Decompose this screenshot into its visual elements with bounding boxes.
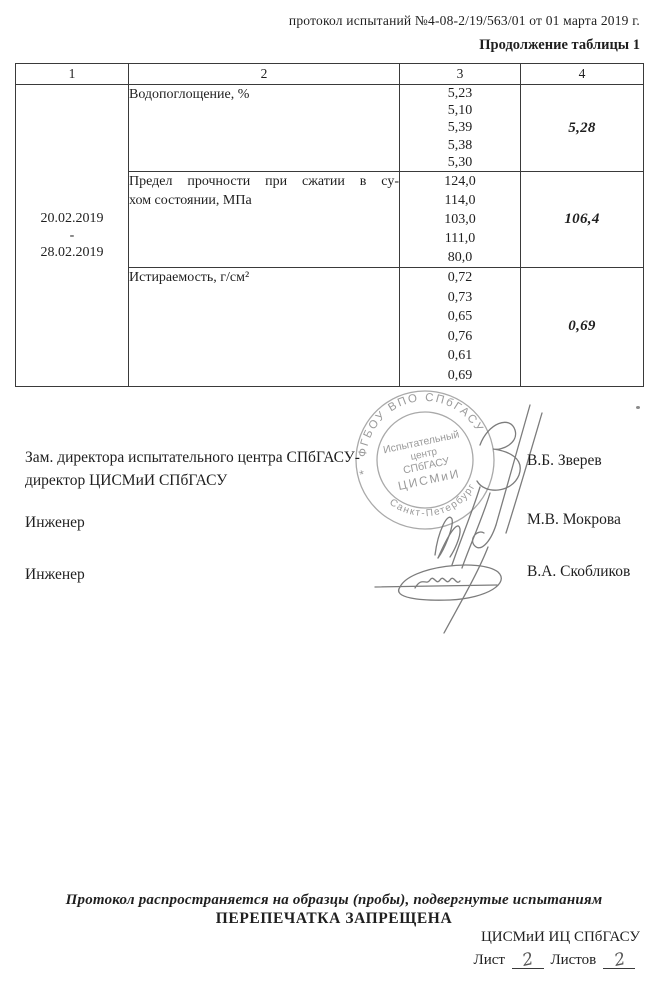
signatures-ink (330, 375, 610, 645)
value: 103,0 (400, 210, 520, 229)
value: 0,65 (400, 307, 520, 327)
value: 5,30 (400, 154, 520, 171)
parameter-label-line2: хом состоянии, МПа (129, 191, 399, 210)
sheets-total-field: 2 (603, 951, 635, 969)
value: 80,0 (400, 248, 520, 267)
parameter-compressive-strength: Предел прочности при сжатии в су- хом со… (129, 172, 400, 268)
parameter-label: Водопоглощение, % (129, 85, 399, 104)
values-abrasion: 0,72 0,73 0,65 0,76 0,61 0,69 (400, 268, 521, 387)
signatory-title-director: Зам. директора испытательного центра СПб… (25, 446, 360, 492)
table-caption: Продолжение таблицы 1 (479, 37, 640, 54)
date-dash: - (16, 227, 128, 244)
results-table: 1 2 3 4 20.02.2019 - 28.02.2019 Водопогл… (15, 63, 644, 387)
signatory-title-engineer-1: Инженер (25, 511, 85, 534)
result-water-absorption: 5,28 (521, 85, 644, 172)
value: 124,0 (400, 172, 520, 191)
footer-sheet-counter: Лист 2 Листов 2 (474, 951, 638, 969)
parameter-water-absorption: Водопоглощение, % (129, 85, 400, 172)
date-from: 20.02.2019 (16, 210, 128, 227)
value: 5,10 (400, 102, 520, 119)
value: 0,76 (400, 327, 520, 347)
value: 0,72 (400, 268, 520, 288)
footer-scope-statement: Протокол распространяется на образцы (пр… (0, 892, 668, 909)
column-number-1: 1 (16, 64, 129, 85)
title-line2: директор ЦИСМиИ СПбГАСУ (25, 469, 360, 492)
sheets-label: Листов (550, 952, 596, 968)
signatory-title-engineer-2: Инженер (25, 563, 85, 586)
sheets-total: 2 (613, 952, 627, 968)
protocol-header: протокол испытаний №4-08-2/19/563/01 от … (289, 13, 640, 29)
value: 0,61 (400, 346, 520, 366)
value: 111,0 (400, 229, 520, 248)
sheet-number: 2 (521, 952, 535, 968)
scan-artifact-dot (636, 406, 640, 409)
signatory-name-skoblikov: В.А. Скобликов (527, 563, 630, 581)
value: 0,73 (400, 288, 520, 308)
column-number-3: 3 (400, 64, 521, 85)
sheet-number-field: 2 (512, 951, 544, 969)
title-line1: Зам. директора испытательного центра СПб… (25, 446, 360, 469)
signatory-name-zverev: В.Б. Зверев (527, 452, 602, 470)
date-range-cell: 20.02.2019 - 28.02.2019 (16, 85, 129, 387)
parameter-label-line1: Предел прочности при сжатии в су- (129, 172, 399, 191)
parameter-abrasion: Истираемость, г/см² (129, 268, 400, 387)
signatory-name-mokrova: М.В. Мокрова (527, 511, 621, 529)
date-to: 28.02.2019 (16, 244, 128, 261)
table-header-row: 1 2 3 4 (16, 64, 644, 85)
value: 114,0 (400, 191, 520, 210)
result-compressive-strength: 106,4 (521, 172, 644, 268)
value: 5,38 (400, 137, 520, 154)
column-number-2: 2 (129, 64, 400, 85)
value: 5,39 (400, 119, 520, 136)
result-abrasion: 0,69 (521, 268, 644, 387)
value: 5,23 (400, 85, 520, 102)
values-water-absorption: 5,23 5,10 5,39 5,38 5,30 (400, 85, 521, 172)
footer-organization: ЦИСМиИ ИЦ СПбГАСУ (481, 929, 640, 946)
table-row: 20.02.2019 - 28.02.2019 Водопоглощение, … (16, 85, 644, 172)
values-compressive-strength: 124,0 114,0 103,0 111,0 80,0 (400, 172, 521, 268)
footer-reprint-prohibited: ПЕРЕПЕЧАТКА ЗАПРЕЩЕНА (0, 910, 668, 928)
document-page: протокол испытаний №4-08-2/19/563/01 от … (0, 0, 668, 990)
parameter-label: Истираемость, г/см² (129, 268, 399, 287)
sheet-label: Лист (474, 952, 505, 968)
column-number-4: 4 (521, 64, 644, 85)
